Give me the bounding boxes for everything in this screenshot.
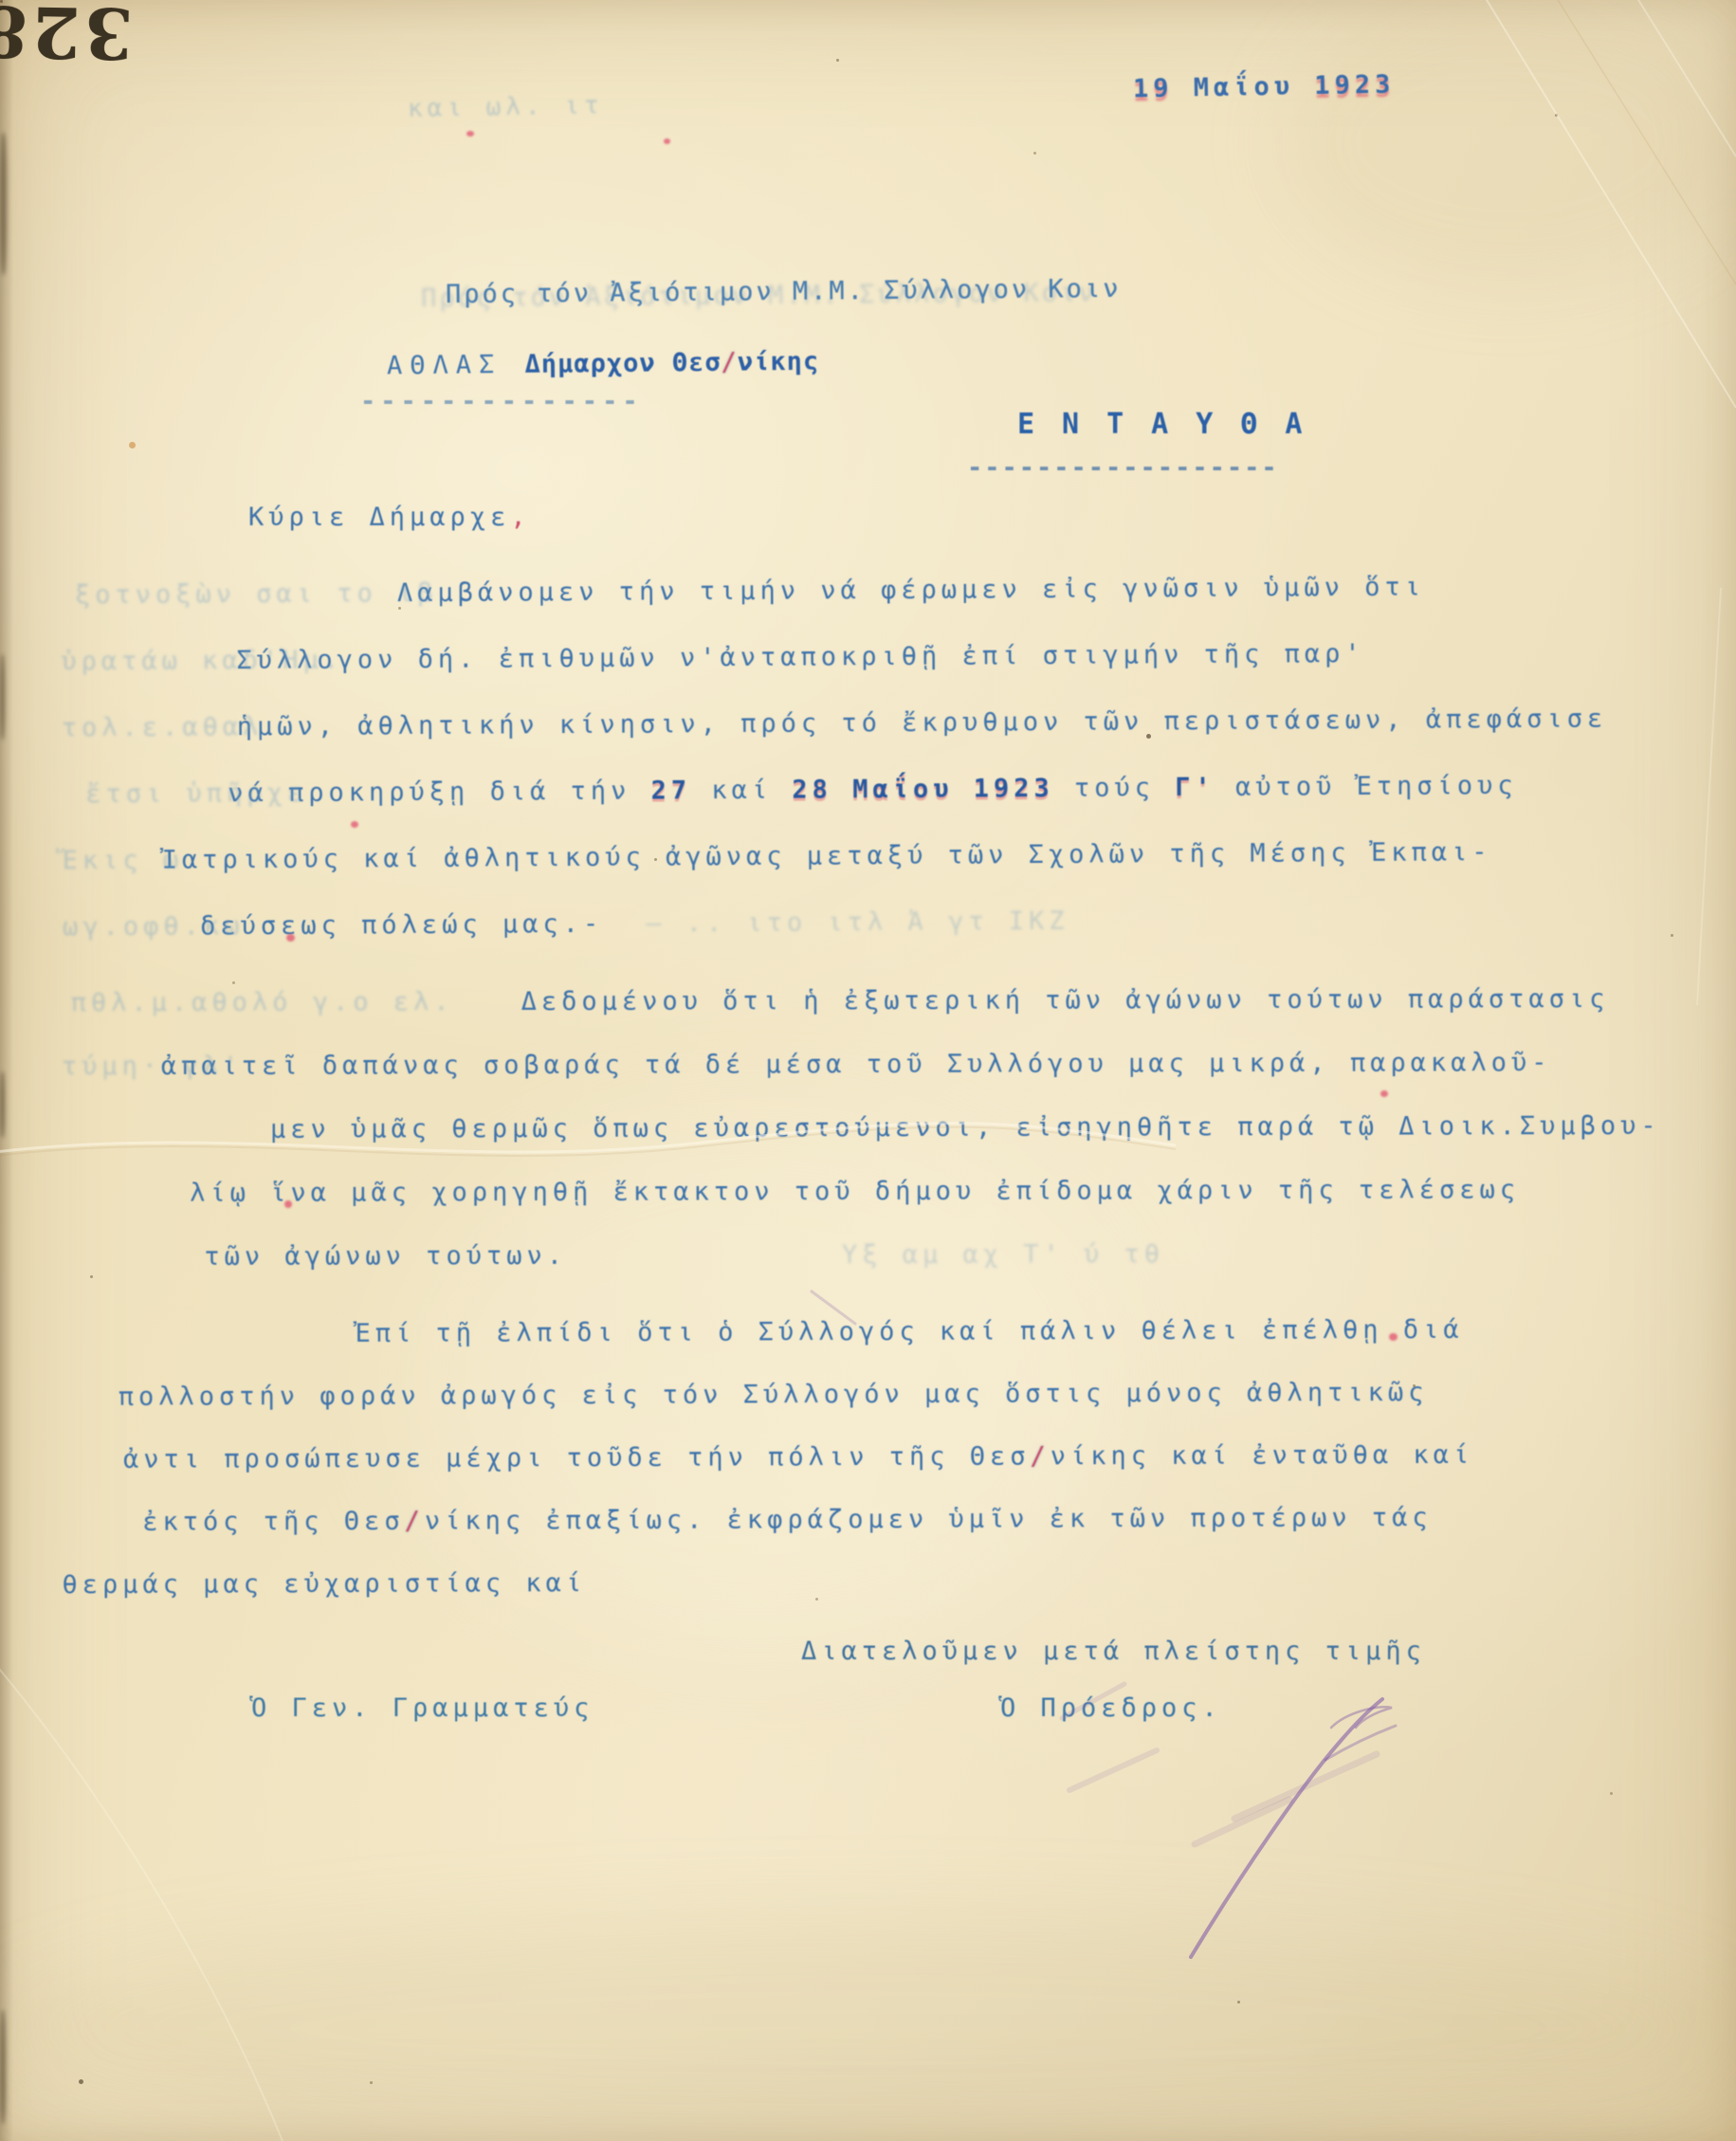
red-ink-speck: [284, 1200, 292, 1208]
address-line-1: Πρός τόν Ἀξιότιμον Μ.Μ. Σύλλογον Κοιν: [446, 274, 1122, 309]
body-line: ἔτσι ὑπῆρχενά προκηρύξῃ διά τήν 27 καί 2…: [62, 752, 1711, 829]
text-segment: 1923: [1314, 70, 1396, 101]
line-text: Ἐπί τῇ ἐλπίδι ὅτι ὁ Σύλλογός καί πάλιν θ…: [355, 1299, 1463, 1365]
line-text: ἐκτός τῆς Θεσ/νίκης ἐπαξίως. ἐκφράζομεν …: [142, 1487, 1433, 1554]
body-line: Ἐπί τῇ ἐλπίδι ὅτι ὁ Σύλλογός καί πάλιν θ…: [61, 1298, 1710, 1366]
red-ink-speck: [1380, 1090, 1388, 1097]
text-segment: 27: [650, 776, 691, 805]
line-text: Ἰατρικούς καί ἀθλητικούς ἀγῶνας μεταξύ τ…: [161, 819, 1491, 894]
ghost-imprint: ωγ.οφθ.κω: [63, 893, 245, 961]
red-ink-speck: [351, 821, 358, 828]
line-text: ἀντι προσώπευσε μέχρι τοῦδε τήν πόλιν τῆ…: [123, 1424, 1473, 1491]
text-segment: Κύριε Δήμαρχε: [248, 503, 510, 532]
paper-stain: [0, 1915, 1736, 2141]
body-line: τύμη· γλ'ἀπαιτεῖ δαπάνας σοβαράς τά δέ μ…: [62, 1031, 1711, 1099]
line-text: Λαμβάνομεν τήν τιμήν νά φέρωμεν εἰς γνῶσ…: [397, 555, 1425, 628]
body-line: ἐκτός τῆς Θεσ/νίκης ἐπαξίως. ἐκφράζομεν …: [62, 1486, 1711, 1554]
ghost-imprint: ξοτνοξὼν σαι το ιβ: [75, 560, 438, 629]
text-segment: αὐτοῦ Ἐτησίους: [1215, 771, 1518, 802]
line-text: νά προκηρύξῃ διά τήν 27 καί 28 Μαΐου 192…: [228, 753, 1518, 827]
line-text: τῶν ἀγώνων τούτων.: [204, 1224, 567, 1289]
body-line: ἀντι προσώπευσε μέχρι τοῦδε τήν πόλιν τῆ…: [62, 1423, 1711, 1491]
edge-smudge: [0, 2010, 6, 2124]
address-underline: --------------: [360, 387, 643, 416]
signature-title-secretary: Ὁ Γεν. Γραμματεύς: [251, 1693, 594, 1723]
body-line: πθλ.μ.αθολό γ.ο ελ.Δεδομένου ὅτι ἡ ἐξωτε…: [62, 967, 1711, 1035]
body-line: τολ.ε.αθαλἡμῶν, ἀθλητικήν κίνησιν, πρός …: [62, 686, 1711, 762]
text-segment: νίκης ἐπαξίως. ἐκφράζομεν ὑμῖν ἐκ τῶν πρ…: [425, 1503, 1433, 1536]
paragraph: Ἐπί τῇ ἐλπίδι ὅτι ὁ Σύλλογός καί πάλιν θ…: [61, 1298, 1711, 1617]
folio-number: 328: [0, 0, 134, 73]
line-text: μεν ὑμᾶς θερμῶς ὅπως εὐαρεστούμενοι, εἰσ…: [270, 1094, 1661, 1162]
line-text: ἀπαιτεῖ δαπάνας σοβαράς τά δέ μέσα τοῦ Σ…: [161, 1031, 1552, 1098]
here-underline: ------------------: [967, 453, 1279, 483]
red-ink-speck: [466, 131, 474, 137]
body-line: ωγ.οφθ.κωδεύσεως πόλεώς μας.-— .. ιτο ιτ…: [63, 885, 1712, 961]
address-line-2: ΑΘΛΑΣ Δήμαρχον Θεσ/νίκης: [387, 347, 819, 381]
text-segment: /: [405, 1507, 425, 1536]
body-line: θερμάς μας εὐχαριστίας καί: [62, 1548, 1711, 1617]
paragraph: πθλ.μ.αθολό γ.ο ελ.Δεδομένου ὅτι ἡ ἐξωτε…: [62, 967, 1712, 1290]
line-text: θερμάς μας εὐχαριστίας καί: [62, 1552, 586, 1617]
ghost-imprint-trailing: Υξ αμ αχ Τ' ύ τθ: [842, 1239, 1164, 1270]
ghost-imprint-top: και ωλ. ιτ: [408, 91, 604, 123]
body-line: τῶν ἀγώνων τούτων.Υξ αμ αχ Τ' ύ τθ: [62, 1221, 1711, 1290]
salutation: Κύριε Δήμαρχε,: [248, 503, 531, 532]
paragraph: ξοτνοξὼν σαι το ιβΛαμβάνομεν τήν τιμήν ν…: [61, 553, 1713, 961]
paper-stain: [1280, 0, 1735, 284]
red-ink-speck: [664, 138, 670, 144]
line-text: ἡμῶν, ἀθλητικήν κίνησιν, πρός τό ἔκρυθμο…: [237, 686, 1608, 760]
date-line: 19 Μαΐου 1923: [1133, 70, 1396, 104]
text-segment: Γ': [1175, 773, 1215, 802]
body-line: ξοτνοξὼν σαι το ιβΛαμβάνομεν τήν τιμήν ν…: [61, 553, 1710, 630]
text-segment: ἀντι προσώπευσε μέχρι τοῦδε τήν πόλιν τῆ…: [123, 1441, 1031, 1473]
line-text: Δεδομένου ὅτι ἡ ἐξωτερική τῶν ἀγώνων τού…: [521, 967, 1610, 1034]
text-segment: Μαΐου: [1173, 71, 1314, 103]
dust-specks: [0, 0, 3, 3]
here-label: ΕΝΤΑΥΘΑ: [1017, 408, 1329, 441]
body-line: πολλοστήν φοράν ἀρωγός εἰς τόν Σύλλογόν …: [62, 1361, 1711, 1429]
text-segment: νίκης: [738, 347, 820, 377]
body-line: Ἔκις ωἸατρικούς καί ἀθλητικούς ἀγῶνας με…: [62, 818, 1711, 895]
body-line: μεν ὑμᾶς θερμῶς ὅπως εὐαρεστούμενοι, εἰσ…: [62, 1094, 1711, 1162]
ghost-imprint: τολ.ε.αθαλ: [62, 694, 264, 761]
line-text: Σύλλογον δή. ἐπιθυμῶν ν'ἀνταποκριθῇ ἐπί …: [236, 621, 1365, 694]
text-segment: /: [1030, 1441, 1050, 1471]
ghost-imprint: Ἔκις ω: [62, 828, 183, 895]
scan-left-edge-shadow: [0, 0, 13, 2141]
text-segment: νίκης καί ἐνταῦθα καί: [1051, 1440, 1473, 1472]
text-segment: καί: [691, 776, 792, 806]
edge-smudge: [0, 133, 7, 275]
text-segment: 19: [1133, 74, 1174, 104]
ghost-imprint: πθλ.μ.αθολό γ.ο ελ.: [71, 970, 454, 1034]
line-text: πολλοστήν φοράν ἀρωγός εἰς τόν Σύλλογόν …: [119, 1362, 1429, 1429]
text-segment: Δήμαρχον Θεσ: [524, 348, 721, 379]
line-text: δεύσεως πόλεώς μας.-: [200, 891, 604, 961]
red-ink-speck: [1389, 1333, 1398, 1341]
red-ink-speck: [286, 934, 295, 942]
text-segment: ,: [510, 503, 530, 532]
signature-title-president: Ὁ Πρόεδρος.: [1000, 1693, 1222, 1723]
edge-smudge: [0, 654, 5, 740]
scanned-letter-page: 328 και ωλ. ιτ 19 Μαΐου 1923 Πρός τόν Ἀξ…: [0, 0, 1736, 2141]
ghost-imprint-trailing: — .. ιτο ιτλ Ἀ γτ ΙΚΖ: [646, 906, 1069, 939]
closing-line: Διατελοῦμεν μετά πλείστης τιμῆς: [801, 1637, 1426, 1666]
line-text: λίῳ ἵνα μᾶς χορηγηθῇ ἔκτακτον τοῦ δήμου …: [190, 1158, 1520, 1225]
ghost-imprint: ἔτσι ὑπῆρχε: [85, 760, 307, 828]
body-line: ὑρατάω καδ'Ἡμ.Σύλλογον δή. ἐπιθυμῶν ν'ἀν…: [61, 619, 1710, 696]
text-segment: /: [721, 348, 738, 377]
text-segment: τούς: [1054, 773, 1176, 803]
text-segment: ΑΘΛΑΣ: [387, 350, 525, 381]
text-segment: 28 Μαΐου 1923: [792, 774, 1054, 805]
ghost-imprint: τύμη· γλ': [62, 1034, 243, 1099]
ghost-imprint: ὑρατάω καδ'Ἡμ.: [61, 627, 343, 695]
edge-smudge: [0, 1071, 5, 1138]
text-segment: ἐκτός τῆς Θεσ: [142, 1507, 404, 1537]
body-line: λίῳ ἵνα μᾶς χορηγηθῇ ἔκτακτον τοῦ δήμου …: [62, 1158, 1711, 1226]
